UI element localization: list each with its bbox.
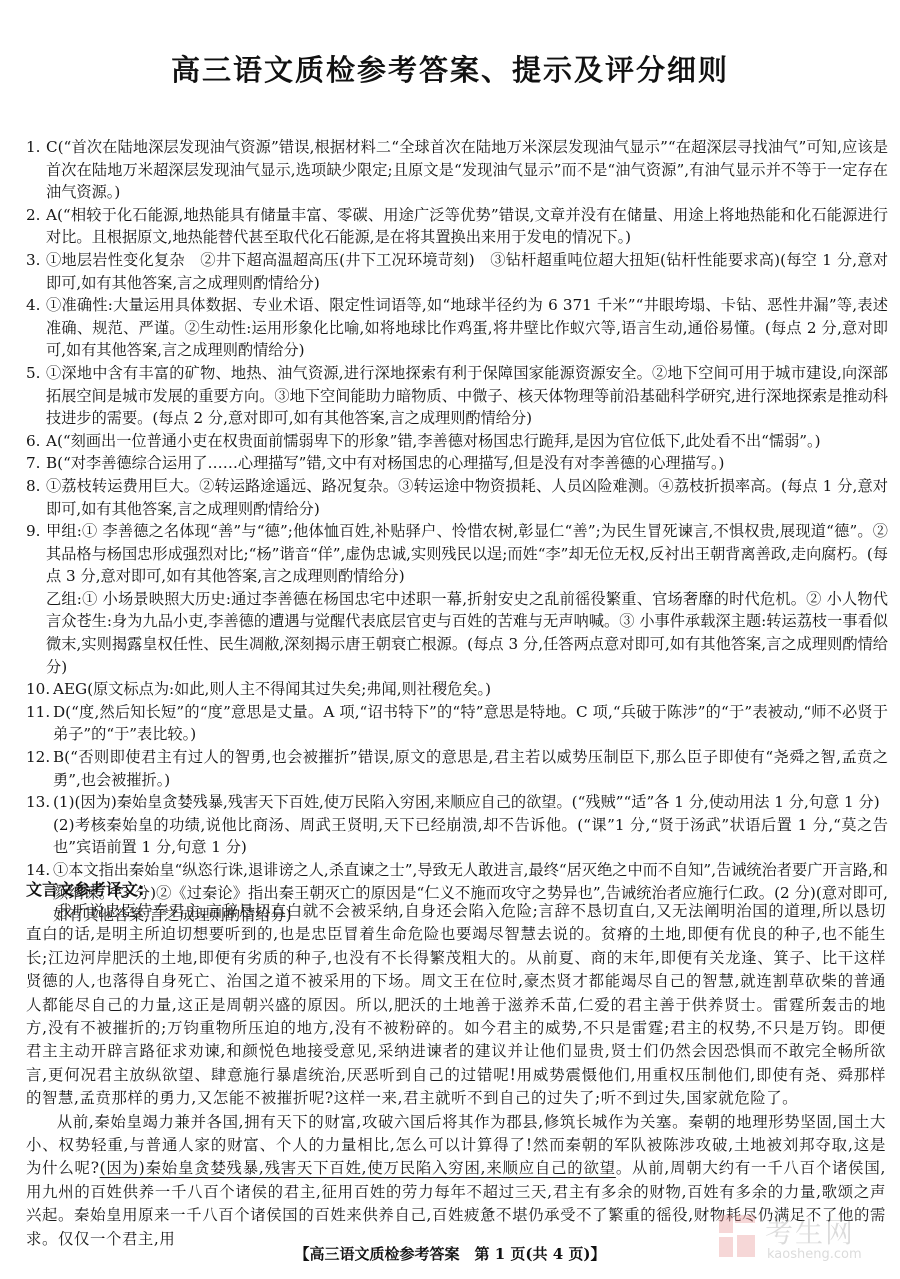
page-title: 高三语文质检参考答案、提示及评分细则 — [0, 48, 900, 89]
answer-number: 5. — [26, 362, 41, 385]
answer-item-10: 10. AEG(原文标点为:如此,则人主不得闻其过失矣;弗闻,则社稷危矣。) — [26, 678, 888, 701]
watermark-brand-en: kaosheng.com — [767, 1247, 862, 1262]
answer-text: B(“否则即使君主有过人的智勇,也会被摧折”错误,原文的意思是,君主若以威势压制… — [53, 748, 888, 789]
answer-item-3: 3. ①地层岩性变化复杂 ②井下超高温超高压(井下工况环境苛刻) ③钻杆超重吨位… — [26, 249, 888, 294]
answer-text: AEG(原文标点为:如此,则人主不得闻其过失矣;弗闻,则社稷危矣。) — [53, 680, 491, 698]
answer-number: 8. — [26, 475, 41, 498]
answer-text-part-2: (2)考核秦始皇的功绩,说他比商汤、周武王贤明,天下已经崩溃,却不告诉他。(“课… — [53, 814, 888, 859]
answer-item-6: 6. A(“刻画出一位普通小吏在权贵面前懦弱卑下的形象”错,李善德对杨国忠行跪拜… — [26, 430, 888, 453]
answer-text: ①深地中含有丰富的矿物、地热、油气资源,进行深地探索有利于保障国家能源资源安全。… — [46, 364, 888, 427]
translation-paragraph-1: 我听说忠臣侍奉君主,言辞恳切直白就不会被采纳,自身还会陷入危险;言辞不恳切直白,… — [26, 900, 886, 1111]
answer-text-group-a: 甲组:① 李善德之名体现“善”与“德”;他体恤百姓,补贴驿户、怜惜农树,彰显仁“… — [46, 520, 888, 588]
answer-number: 3. — [26, 249, 41, 272]
answer-number: 10. — [26, 678, 50, 701]
watermark-brand-cn: 考生网 — [765, 1211, 855, 1251]
answer-item-9: 9. 甲组:① 李善德之名体现“善”与“德”;他体恤百姓,补贴驿户、怜惜农树,彰… — [26, 520, 888, 678]
answer-item-7: 7. B(“对李善德综合运用了……心理描写”错,文中有对杨国忠的心理描写,但是没… — [26, 452, 888, 475]
answer-number: 12. — [26, 746, 50, 769]
answer-item-4: 4. ①准确性:大量运用具体数据、专业术语、限定性词语等,如“地球半径约为 6 … — [26, 294, 888, 362]
answer-number: 1. — [26, 136, 41, 159]
answer-key-page: 高三语文质检参考答案、提示及评分细则 1. C(“首次在陆地深层发现油气资源”错… — [0, 0, 900, 1279]
answer-text: ①准确性:大量运用具体数据、专业术语、限定性词语等,如“地球半径约为 6 371… — [46, 296, 888, 359]
answer-text-group-b: 乙组:① 小场景映照大历史:通过李善德在杨国忠宅中述职一幕,折射安史之乱前徭役繁… — [46, 588, 888, 678]
answer-number: 6. — [26, 430, 41, 453]
kaosheng-logo-icon — [717, 1213, 757, 1259]
translation-heading: 文言文参考译文: — [26, 877, 144, 900]
answer-item-11: 11. D(“度,然后知长短”的“度”意思是丈量。A 项,“诏书特下”的“特”意… — [26, 701, 888, 746]
answer-text: C(“首次在陆地深层发现油气资源”错误,根据材料二“全球首次在陆地万米深层发现油… — [46, 138, 888, 201]
answer-item-8: 8. ①荔枝转运费用巨大。②转运路途遥远、路况复杂。③转运途中物资损耗、人员凶险… — [26, 475, 888, 520]
translation-body: 我听说忠臣侍奉君主,言辞恳切直白就不会被采纳,自身还会陷入危险;言辞不恳切直白,… — [26, 900, 886, 1251]
answer-number: 13. — [26, 791, 50, 814]
answer-number: 11. — [26, 701, 50, 724]
answer-item-1: 1. C(“首次在陆地深层发现油气资源”错误,根据材料二“全球首次在陆地万米深层… — [26, 136, 888, 204]
answer-text: B(“对李善德综合运用了……心理描写”错,文中有对杨国忠的心理描写,但是没有对李… — [46, 454, 724, 472]
answer-number: 7. — [26, 452, 41, 475]
answer-number: 2. — [26, 204, 41, 227]
answer-text: A(“刻画出一位普通小吏在权贵面前懦弱卑下的形象”错,李善德对杨国忠行跪拜,是因… — [46, 432, 821, 450]
answer-item-5: 5. ①深地中含有丰富的矿物、地热、油气资源,进行深地探索有利于保障国家能源资源… — [26, 362, 888, 430]
watermark: 考生网 kaosheng.com — [717, 1213, 897, 1273]
answer-number: 9. — [26, 520, 41, 543]
answer-item-13: 13. (1)(因为)秦始皇贪婪残暴,残害天下百姓,使万民陷入穷困,来顺应自己的… — [26, 791, 888, 859]
answer-item-2: 2. A(“相较于化石能源,地热能具有储量丰富、零碳、用途广泛等优势”错误,文章… — [26, 204, 888, 249]
answer-text: ①地层岩性变化复杂 ②井下超高温超高压(井下工况环境苛刻) ③钻杆超重吨位超大扭… — [46, 251, 888, 292]
answer-text: D(“度,然后知长短”的“度”意思是丈量。A 项,“诏书特下”的“特”意思是特地… — [53, 703, 888, 744]
answer-text-part-1: (1)(因为)秦始皇贪婪残暴,残害天下百姓,使万民陷入穷困,来顺应自己的欲望。(… — [53, 791, 888, 814]
answer-item-12: 12. B(“否则即使君主有过人的智勇,也会被摧折”错误,原文的意思是,君主若以… — [26, 746, 888, 791]
underlined-answer-text: (因为)秦始皇贪婪残暴,残害天下百姓,使万民陷入穷困,来顺应自己的欲望 — [100, 1159, 616, 1177]
answer-text: A(“相较于化石能源,地热能具有储量丰富、零碳、用途广泛等优势”错误,文章并没有… — [46, 206, 888, 247]
answer-number: 4. — [26, 294, 41, 317]
answer-list: 1. C(“首次在陆地深层发现油气资源”错误,根据材料二“全球首次在陆地万米深层… — [26, 136, 888, 927]
answer-text: ①荔枝转运费用巨大。②转运路途遥远、路况复杂。③转运途中物资损耗、人员凶险难测。… — [46, 477, 888, 518]
